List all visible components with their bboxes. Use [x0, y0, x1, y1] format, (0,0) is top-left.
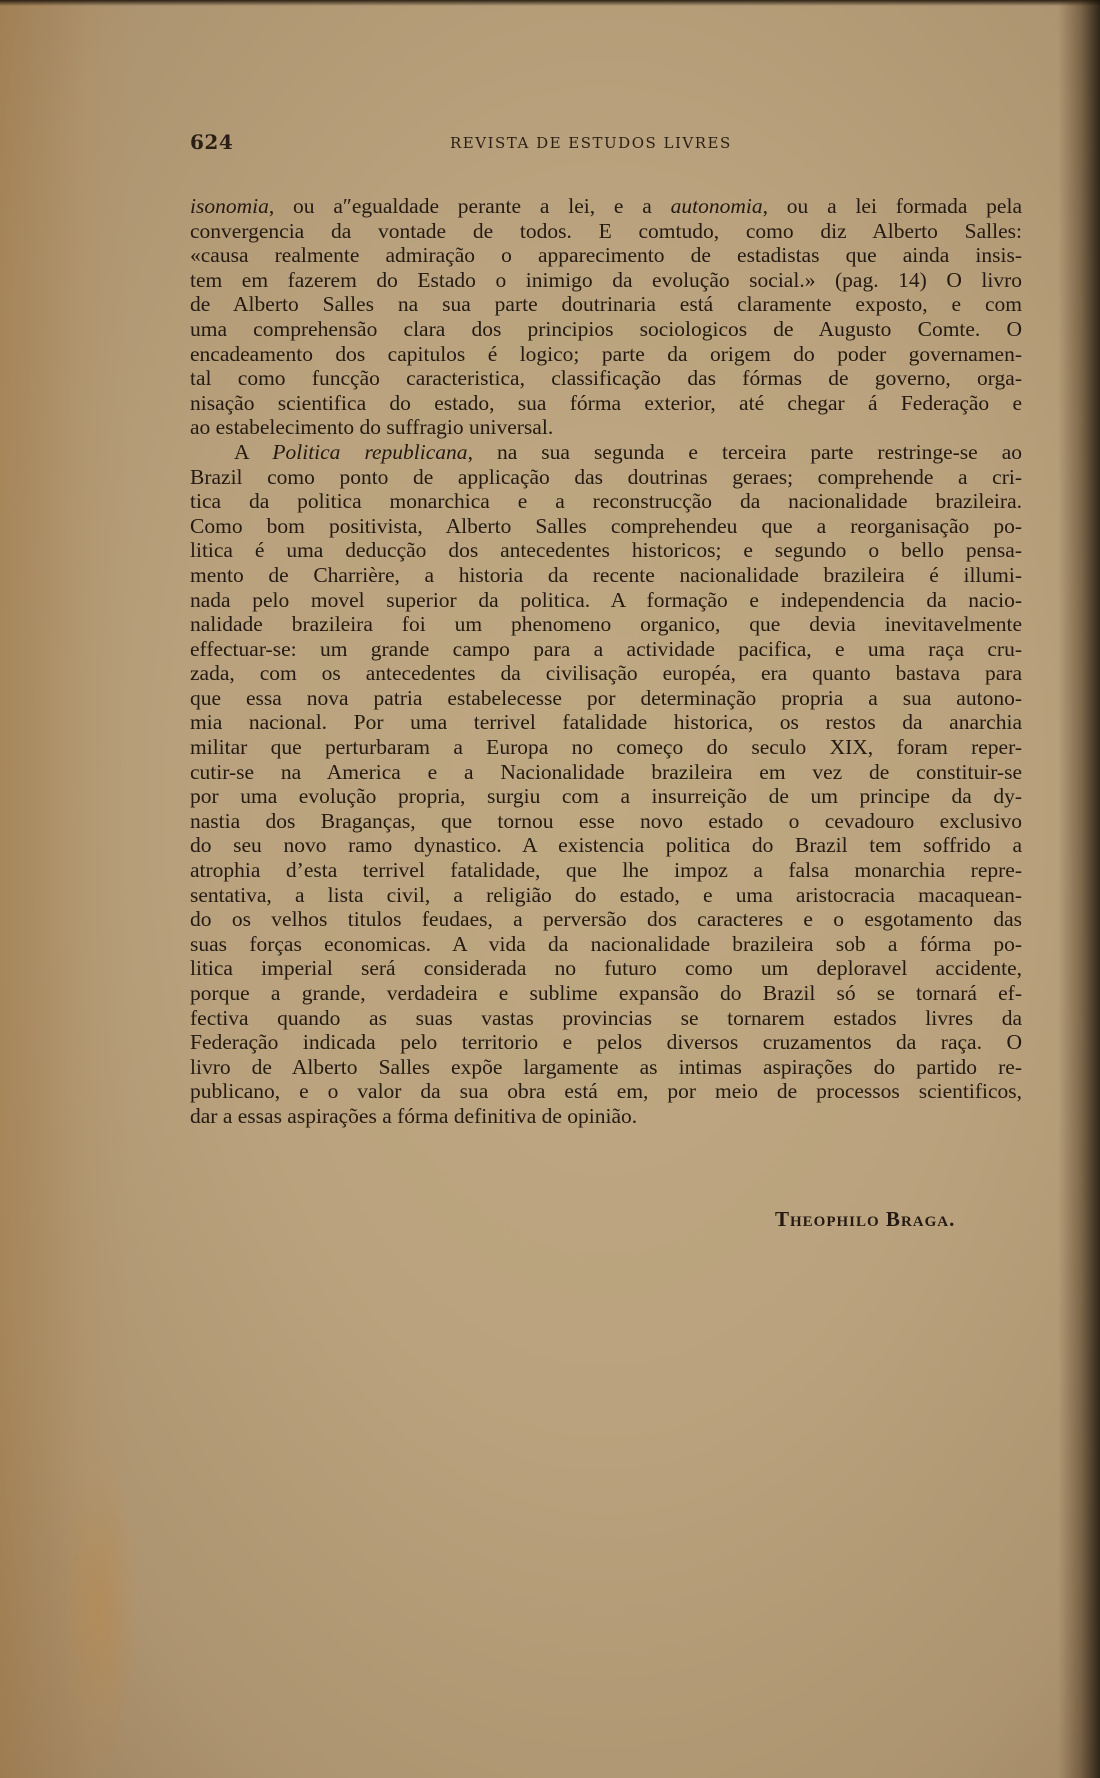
text-line: litica é uma deducção dos antecedentes h… [190, 538, 1022, 563]
page-number: 624 [190, 130, 233, 154]
text-line: tal como funcção caracteristica, classif… [190, 366, 1022, 391]
text-line: mento de Charrière, a historia da recent… [190, 563, 1022, 588]
page-binding-shadow [1058, 0, 1100, 1778]
scanned-page: 624 REVISTA DE ESTUDOS LIVRES isonomia, … [0, 0, 1100, 1778]
text-line: do seu novo ramo dynastico. A existencia… [190, 833, 1022, 858]
text-line: do os velhos titulos feudaes, a perversã… [190, 907, 1022, 932]
text-line: effectuar-se: um grande campo para a act… [190, 637, 1022, 662]
paragraph: A Politica republicana, na sua segunda e… [190, 440, 1022, 1129]
text-line: convergencia da vontade de todos. E comt… [190, 219, 1022, 244]
body-text: isonomia, ou a″egualdade perante a lei, … [190, 194, 1022, 1129]
text-line: fectiva quando as suas vastas provincias… [190, 1006, 1022, 1031]
paper-stain [60, 1450, 140, 1770]
text-line: que essa nova patria estabelecesse por d… [190, 686, 1022, 711]
text-line: livro de Alberto Salles expõe largamente… [190, 1055, 1022, 1080]
text-line: tem em fazerem do Estado o inimigo da ev… [190, 268, 1022, 293]
text-line: Federação indicada pelo territorio e pel… [190, 1030, 1022, 1055]
text-line: publicano, e o valor da sua obra está em… [190, 1079, 1022, 1104]
text-line: isonomia, ou a″egualdade perante a lei, … [190, 194, 1022, 219]
text-line: nalidade brazileira foi um phenomeno org… [190, 612, 1022, 637]
text-line: nada pelo movel superior da politica. A … [190, 588, 1022, 613]
text-line: por uma evolução propria, surgiu com a i… [190, 784, 1022, 809]
book-title: Politica republicana [272, 440, 467, 464]
text-line: mia nacional. Por uma terrivel fatalidad… [190, 710, 1022, 735]
paragraph: isonomia, ou a″egualdade perante a lei, … [190, 194, 1022, 440]
text-line: de Alberto Salles na sua parte doutrinar… [190, 292, 1022, 317]
text-line: tica da politica monarchica e a reconstr… [190, 489, 1022, 514]
text-line: uma comprehensão clara dos principios so… [190, 317, 1022, 342]
text-line: porque a grande, verdadeira e sublime ex… [190, 981, 1022, 1006]
text-line: ao estabelecimento do suffragio universa… [190, 415, 1022, 440]
text-line: nastia dos Braganças, que tornou esse no… [190, 809, 1022, 834]
text-line: A Politica republicana, na sua segunda e… [190, 440, 1022, 465]
text-line: Brazil como ponto de applicação das dout… [190, 465, 1022, 490]
text-line: militar que perturbaram a Europa no come… [190, 735, 1022, 760]
text-line: zada, com os antecedentes da civilisação… [190, 661, 1022, 686]
text-line: suas forças economicas. A vida da nacion… [190, 932, 1022, 957]
emphasis: autonomia [671, 194, 763, 218]
text-line: litica imperial será considerada no futu… [190, 956, 1022, 981]
page-edge-shadow [0, 0, 1100, 6]
text-line: «causa realmente admiração o apparecimen… [190, 243, 1022, 268]
running-title: REVISTA DE ESTUDOS LIVRES [450, 134, 732, 152]
author-signature: Theophilo Braga. [775, 1207, 955, 1232]
text-line: sentativa, a lista civil, a religião do … [190, 883, 1022, 908]
text-line: encadeamento dos capitulos é logico; par… [190, 342, 1022, 367]
text-line: dar a essas aspirações a fórma definitiv… [190, 1104, 1022, 1129]
text-line: cutir-se na America e a Nacionalidade br… [190, 760, 1022, 785]
text-line: Como bom positivista, Alberto Salles com… [190, 514, 1022, 539]
text-line: atrophia d’esta terrivel fatalidade, que… [190, 858, 1022, 883]
emphasis: isonomia [190, 194, 269, 218]
text-line: nisação scientifica do estado, sua fórma… [190, 391, 1022, 416]
